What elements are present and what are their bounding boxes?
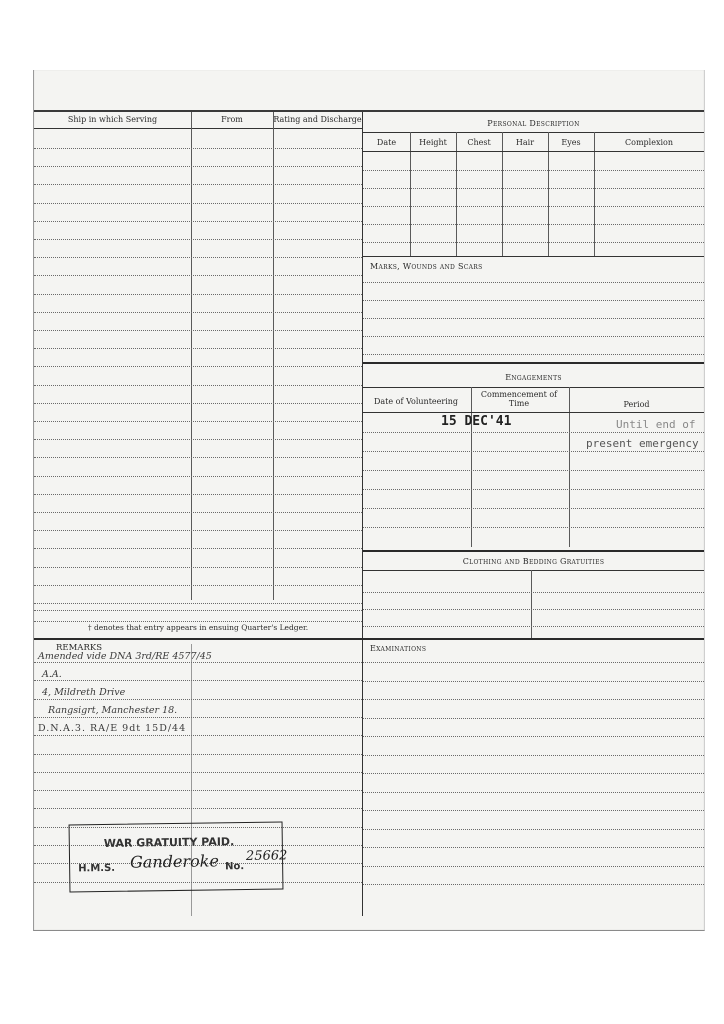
ruled-line	[363, 829, 704, 830]
period-line-2: present emergency	[586, 437, 699, 450]
ruled-line	[363, 206, 704, 207]
top-band	[34, 70, 704, 112]
service-table: Ship in which Serving From Rating and Di…	[34, 112, 362, 640]
ruled-line	[34, 385, 362, 386]
col-header-ship: Ship in which Serving	[34, 115, 191, 124]
ruled-line	[363, 592, 704, 593]
ruled-line	[34, 421, 362, 422]
ruled-line	[363, 527, 704, 528]
ruled-line	[363, 699, 704, 700]
service-record-sheet: Ship in which Serving From Rating and Di…	[33, 70, 705, 931]
ruled-line	[363, 354, 704, 355]
ruled-line	[34, 312, 362, 313]
ruled-line	[363, 810, 704, 811]
ruled-line	[34, 680, 362, 681]
ruled-line	[363, 718, 704, 719]
remark-line-3: 4, Mildreth Drive	[42, 687, 125, 698]
ruled-line	[34, 494, 362, 495]
ruled-line	[363, 432, 704, 433]
engagements-title: Engagements	[363, 373, 704, 382]
ruled-line	[363, 792, 704, 793]
col-header-complexion: Complexion	[594, 138, 704, 147]
col-header-eyes: Eyes	[548, 138, 594, 147]
remark-line-4: Rangsigrt, Manchester 18.	[48, 705, 177, 716]
period-line-1: Until end of	[616, 418, 695, 431]
ruled-line	[34, 567, 362, 568]
ruled-line	[34, 717, 362, 718]
ruled-line	[363, 847, 704, 848]
ruled-line	[34, 166, 362, 167]
ruled-line	[34, 348, 362, 349]
col-header-from: From	[191, 115, 273, 124]
stamp-hms-label: H.M.S.	[78, 863, 115, 875]
remarks-section: REMARKS Amended vide DNA 3rd/RE 4577/45 …	[34, 640, 362, 916]
ruled-line	[34, 239, 362, 240]
ruled-line	[363, 489, 704, 490]
remark-line-5: D.N.A.3. RA/E 9dt 15D/44	[38, 723, 186, 734]
ruled-line	[34, 699, 362, 700]
ruled-line	[34, 772, 362, 773]
ruled-line	[34, 530, 362, 531]
ruled-line	[363, 336, 704, 337]
ruled-line	[363, 282, 704, 283]
ruled-line	[363, 188, 704, 189]
ruled-line	[363, 451, 704, 452]
ruled-line	[34, 294, 362, 295]
ruled-line	[34, 476, 362, 477]
ruled-line	[34, 439, 362, 440]
ruled-line	[34, 366, 362, 367]
date-volunteering-value: 15 DEC'41	[441, 414, 511, 429]
footnote-ledger: † denotes that entry appears in ensuing …	[34, 623, 362, 632]
ruled-line	[363, 470, 704, 471]
ruled-line	[34, 808, 362, 809]
ruled-line	[34, 790, 362, 791]
ruled-line	[363, 242, 704, 243]
clothing-title: Clothing and Bedding Gratuities	[363, 557, 704, 566]
ruled-line	[363, 681, 704, 682]
col-header-height: Height	[410, 138, 456, 147]
col-header-chest: Chest	[456, 138, 502, 147]
stamp-no-label: No.	[225, 861, 244, 872]
ruled-line	[363, 300, 704, 301]
remark-line-1: Amended vide DNA 3rd/RE 4577/45	[38, 651, 212, 662]
personal-description-title: Personal Description	[363, 119, 704, 128]
ruled-line	[34, 257, 362, 258]
col-header-rating: Rating and Discharge	[273, 115, 362, 124]
ruled-line	[363, 773, 704, 774]
ruled-line	[34, 662, 362, 663]
ruled-line	[363, 224, 704, 225]
ruled-line	[363, 318, 704, 319]
war-gratuity-stamp: WAR GRATUITY PAID. H.M.S. Ganderoke No. …	[69, 822, 284, 893]
ruled-line	[34, 275, 362, 276]
ruled-line	[34, 203, 362, 204]
ruled-line	[34, 330, 362, 331]
ruled-line	[363, 884, 704, 885]
ruled-line	[34, 585, 362, 586]
personal-description: Personal Description DateHeightChestHair…	[363, 116, 704, 256]
stamp-number: 25662	[246, 848, 288, 864]
col-header-period: Period	[569, 400, 704, 409]
ruled-line	[34, 221, 362, 222]
ruled-line	[34, 148, 362, 149]
ruled-line	[363, 866, 704, 867]
ruled-line	[34, 735, 362, 736]
ruled-line	[363, 170, 704, 171]
ruled-line	[363, 662, 704, 663]
stamp-ship-name: Ganderoke	[130, 851, 219, 871]
marks-title: Marks, Wounds and Scars	[370, 262, 483, 271]
ruled-line	[34, 548, 362, 549]
col-header-date-volunteering: Date of Volunteering	[363, 397, 469, 406]
col-header-hair: Hair	[502, 138, 548, 147]
ruled-line	[34, 184, 362, 185]
ruled-line	[363, 736, 704, 737]
ruled-line	[34, 403, 362, 404]
ruled-line	[363, 508, 704, 509]
ruled-line	[34, 603, 362, 604]
remark-line-2: A.A.	[42, 669, 62, 680]
examinations-title: Examinations	[370, 644, 426, 653]
ruled-line	[34, 512, 362, 513]
ruled-line	[363, 755, 704, 756]
col-header-date: Date	[363, 138, 410, 147]
ruled-line	[34, 457, 362, 458]
ruled-line	[34, 754, 362, 755]
col-header-commencement: Commencement of Time	[471, 390, 567, 408]
ruled-line	[363, 626, 704, 627]
stamp-title: WAR GRATUITY PAID.	[104, 835, 235, 850]
ruled-line	[363, 609, 704, 610]
